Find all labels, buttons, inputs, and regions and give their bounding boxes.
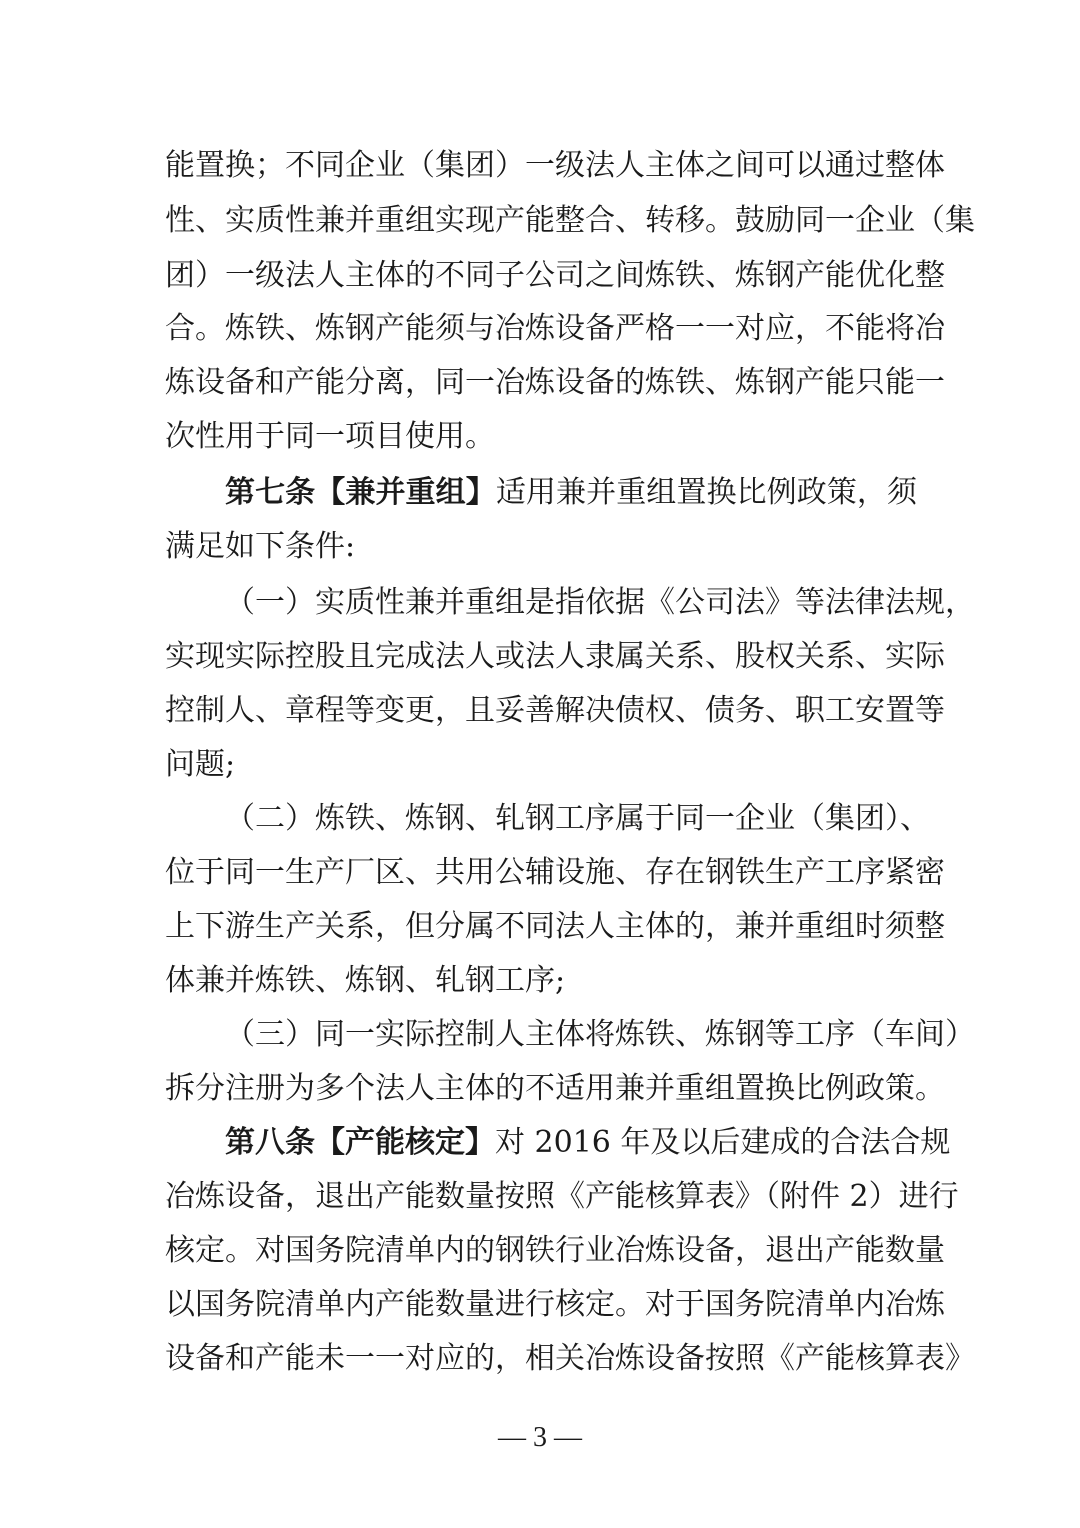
article-7-intro: 适用兼并重组置换比例政策，须 (496, 475, 917, 510)
article-7-first-line: 第七条【兼并重组】适用兼并重组置换比例政策，须 (225, 466, 917, 520)
paragraph-line: 能置换；不同企业（集团）一级法人主体之间可以通过整体 (165, 139, 917, 193)
article-8-heading: 第八条【产能核定】 (225, 1125, 495, 1160)
article-7-item-1-line: （一）实质性兼并重组是指依据《公司法》等法律法规， (225, 576, 917, 630)
article-8-line: 以国务院清单内产能数量进行核定。对于国务院清单内冶炼 (165, 1278, 917, 1332)
article-7-item-2-line: （二）炼铁、炼钢、轧钢工序属于同一企业（集团）、 (225, 792, 917, 846)
article-8-line: 冶炼设备，退出产能数量按照《产能核算表》（附件 2）进行 (165, 1170, 917, 1224)
article-8-line: 设备和产能未一一对应的，相关冶炼设备按照《产能核算表》 (165, 1332, 917, 1386)
article-7-item-3-line: 拆分注册为多个法人主体的不适用兼并重组置换比例政策。 (165, 1062, 917, 1116)
article-7-item-1-line: 实现实际控股且完成法人或法人隶属关系、股权关系、实际 (165, 630, 917, 684)
page-number: — 3 — (0, 1418, 1080, 1458)
article-7-item-3-line: （三）同一实际控制人主体将炼铁、炼钢等工序（车间） (225, 1008, 917, 1062)
paragraph-line: 满足如下条件: (165, 520, 917, 574)
article-7-item-2-line: 位于同一生产厂区、共用公辅设施、存在钢铁生产工序紧密 (165, 846, 917, 900)
article-7-item-2-line: 上下游生产关系，但分属不同法人主体的，兼并重组时须整 (165, 900, 917, 954)
paragraph-line: 炼设备和产能分离，同一冶炼设备的炼铁、炼钢产能只能一 (165, 356, 917, 410)
document-page: 能置换；不同企业（集团）一级法人主体之间可以通过整体 性、实质性兼并重组实现产能… (0, 0, 1080, 1528)
article-8-line: 核定。对国务院清单内的钢铁行业冶炼设备，退出产能数量 (165, 1224, 917, 1278)
article-7-item-1-line: 问题; (165, 738, 917, 792)
article-7-item-1-line: 控制人、章程等变更，且妥善解决债权、债务、职工安置等 (165, 684, 917, 738)
paragraph-line: 团）一级法人主体的不同子公司之间炼铁、炼钢产能优化整 (165, 249, 917, 303)
paragraph-line: 次性用于同一项目使用。 (165, 410, 917, 464)
article-8-first-line: 第八条【产能核定】对 2016 年及以后建成的合法合规 (225, 1116, 917, 1170)
article-7-item-2-line: 体兼并炼铁、炼钢、轧钢工序; (165, 954, 917, 1008)
paragraph-line: 合。炼铁、炼钢产能须与冶炼设备严格一一对应，不能将冶 (165, 302, 917, 356)
paragraph-line: 性、实质性兼并重组实现产能整合、转移。鼓励同一企业（集 (165, 194, 917, 248)
article-7-heading: 第七条【兼并重组】 (225, 475, 496, 510)
article-8-intro: 对 2016 年及以后建成的合法合规 (495, 1125, 950, 1160)
